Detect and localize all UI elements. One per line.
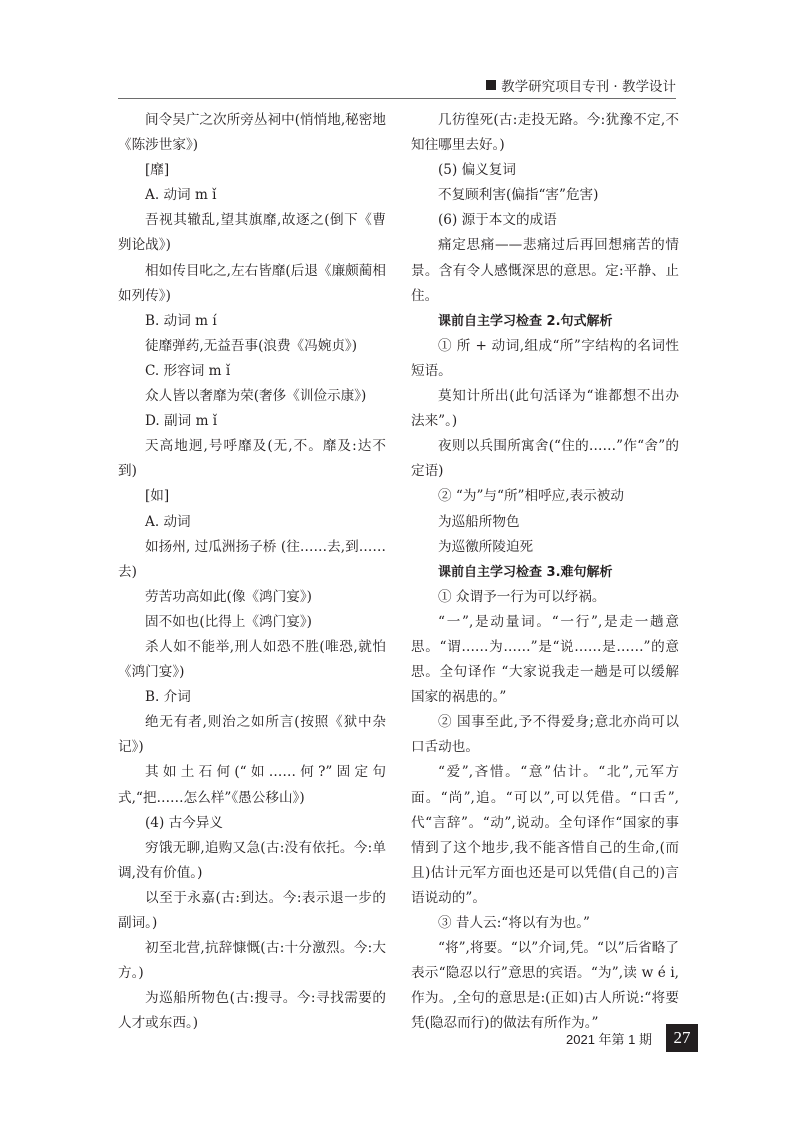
- paragraph: C. 形容词 m ǐ: [118, 359, 386, 384]
- paragraph: 固不如也(比得上《鸿门宴》): [118, 610, 386, 635]
- paragraph: 痛定思痛——悲痛过后再回想痛苦的情景。含有令人感慨深思的意思。定:平静、止住。: [411, 233, 679, 308]
- paragraph: ① 众谓予一行为可以纾祸。: [411, 585, 679, 610]
- paragraph: 为巡徼所陵迫死: [411, 535, 679, 560]
- right-column: 几彷徨死(古:走投无路。今:犹豫不定,不知往哪里去好。)(5) 偏义复词不复顾利…: [411, 108, 679, 1036]
- paragraph: ② “为”与“所”相呼应,表示被动: [411, 484, 679, 509]
- paragraph: 天高地迥,号呼靡及(无,不。靡及:达不到): [118, 434, 386, 484]
- paragraph: 相如传目叱之,左右皆靡(后退《廉颇蔺相如列传》): [118, 259, 386, 309]
- section-heading: 课前自主学习检查 2.句式解析: [411, 309, 679, 334]
- paragraph: 为巡船所物色: [411, 510, 679, 535]
- paragraph: 不复顾利害(偏指“害”危害): [411, 183, 679, 208]
- paragraph: 徒靡弹药,无益吾事(浪费《冯婉贞》): [118, 334, 386, 359]
- paragraph: 其如土石何(“如……何?”固定句式,“把……怎么样”《愚公移山》): [118, 760, 386, 810]
- paragraph: 吾视其辙乱,望其旗靡,故逐之(倒下《曹刿论战》): [118, 208, 386, 258]
- paragraph: (4) 古今异义: [118, 811, 386, 836]
- paragraph: 几彷徨死(古:走投无路。今:犹豫不定,不知往哪里去好。): [411, 108, 679, 158]
- issue-label: 2021 年第 1 期: [566, 1029, 652, 1048]
- running-header: 教学研究项目专刊 · 教学设计: [118, 72, 676, 99]
- paragraph: (5) 偏义复词: [411, 158, 679, 183]
- paragraph: ② 国事至此,予不得爱身;意北亦尚可以口舌动也。: [411, 710, 679, 760]
- paragraph: “一”,是动量词。“一行”,是走一趟意思。“谓……为……”是“说……是……”的意…: [411, 610, 679, 710]
- paragraph: A. 动词: [118, 510, 386, 535]
- page-number: 27: [666, 1024, 698, 1052]
- paragraph: [靡]: [118, 158, 386, 183]
- paragraph: 夜则以兵围所寓舍(“住的……”作“舍”的定语): [411, 434, 679, 484]
- paragraph: 间令吴广之次所旁丛祠中(悄悄地,秘密地《陈涉世家》): [118, 108, 386, 158]
- paragraph: “将”,将要。“以”介词,凭。“以”后省略了表示“隐忍以行”意思的宾语。“为”,…: [411, 936, 679, 1036]
- paragraph: 莫知计所出(此句活译为“谁都想不出办法来”。): [411, 384, 679, 434]
- paragraph: 以至于永嘉(古:到达。今:表示退一步的副词。): [118, 886, 386, 936]
- page-footer: 2021 年第 1 期 27: [566, 1024, 698, 1052]
- paragraph: 如扬州, 过瓜洲扬子桥 (往……去,到……去): [118, 535, 386, 585]
- paragraph: ① 所 + 动词,组成“所”字结构的名词性短语。: [411, 334, 679, 384]
- paragraph: 为巡船所物色(古:搜寻。今:寻找需要的人才或东西。): [118, 986, 386, 1036]
- paragraph: “爱”,吝惜。“意”估计。“北”,元军方面。“尚”,追。“可以”,可以凭借。“口…: [411, 760, 679, 911]
- paragraph: 劳苦功高如此(像《鸿门宴》): [118, 585, 386, 610]
- header-title: 教学研究项目专刊 · 教学设计: [501, 75, 676, 95]
- paragraph: B. 动词 m í: [118, 309, 386, 334]
- paragraph: D. 副词 m ǐ: [118, 409, 386, 434]
- paragraph: 杀人如不能举,刑人如恐不胜(唯恐,就怕《鸿门宴》): [118, 635, 386, 685]
- paragraph: 绝无有者,则治之如所言(按照《狱中杂记》): [118, 710, 386, 760]
- section-heading: 课前自主学习检查 3.难句解析: [411, 560, 679, 585]
- paragraph: (6) 源于本文的成语: [411, 208, 679, 233]
- paragraph: ③ 昔人云:“将以有为也。”: [411, 911, 679, 936]
- paragraph: [如]: [118, 484, 386, 509]
- paragraph: 初至北营,抗辞慷慨(古:十分激烈。今:大方。): [118, 936, 386, 986]
- left-column: 间令吴广之次所旁丛祠中(悄悄地,秘密地《陈涉世家》)[靡]A. 动词 m ǐ吾视…: [118, 108, 386, 1036]
- square-bullet-icon: [486, 80, 496, 90]
- paragraph: B. 介词: [118, 685, 386, 710]
- paragraph: 众人皆以奢靡为荣(奢侈《训俭示康》): [118, 384, 386, 409]
- paragraph: 穷饿无聊,追购又急(古:没有依托。今:单调,没有价值。): [118, 836, 386, 886]
- paragraph: A. 动词 m ǐ: [118, 183, 386, 208]
